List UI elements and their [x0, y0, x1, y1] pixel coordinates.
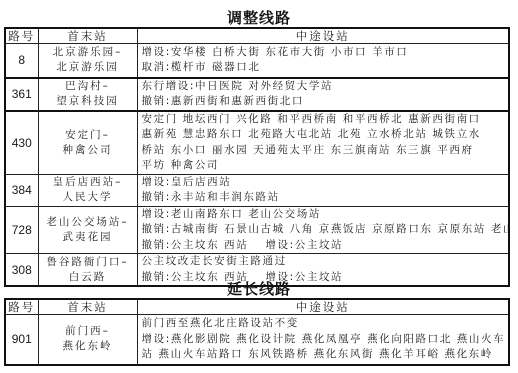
- header-ends: 首末站: [38, 28, 137, 44]
- start-station: 皇后店西站–: [39, 175, 137, 190]
- route-stops: 前门西至燕化北庄路设站不变 增设:燕化影剧院 燕化设计院 燕化凤凰亭 燕化向阳路…: [137, 315, 509, 365]
- stops-line: 桥站 东小口 丽水园 天通苑太平庄 东三旗南站 东三旗 平西府: [142, 143, 509, 159]
- table-row: 901 前门西– 燕化东岭 前门西至燕化北庄路设站不变 增设:燕化影剧院 燕化设…: [5, 315, 509, 365]
- route-number: 361: [5, 78, 38, 111]
- section-title-extended-routes: 延长线路: [0, 278, 518, 299]
- table-row: 361 巴沟村– 望京科技园 东行增设:中日医院 对外经贸大学站 撤销:惠新西街…: [5, 78, 509, 111]
- header-route: 路号: [5, 299, 38, 315]
- section-title-adjusted-routes: 调整线路: [0, 7, 518, 28]
- route-number: 384: [5, 174, 38, 206]
- route-ends: 前门西– 燕化东岭: [38, 315, 137, 365]
- stops-line: 站 燕山火车站路口 东风铁路桥 燕化东风街 燕化羊耳峪 燕化东岭: [142, 347, 509, 363]
- route-number: 728: [5, 206, 38, 254]
- table-row: 430 安定门– 种禽公司 安定门 地坛西门 兴化路 和平西桥南 和平西桥北 惠…: [5, 111, 509, 175]
- stops-line: 撤销:永丰站和丰润东路站: [142, 190, 509, 206]
- stops-line: 撤销:公主坟东 西站 增设:公主坟站: [142, 238, 509, 254]
- start-station: 安定门–: [39, 128, 137, 143]
- table-row: 384 皇后店西站– 人民大学 增设:皇后店西站 撤销:永丰站和丰润东路站: [5, 174, 509, 206]
- route-stops: 安定门 地坛西门 兴化路 和平西桥南 和平西桥北 惠新西街南口 惠新苑 慧忠路东…: [137, 111, 509, 175]
- end-station: 燕化东岭: [39, 339, 137, 354]
- table-row: 728 老山公交场站– 武夷花园 增设:老山南路东口 老山公交场站 撤销:古城南…: [5, 206, 509, 254]
- header-ends: 首末站: [38, 299, 137, 315]
- end-station: 望京科技园: [39, 94, 137, 109]
- stops-line: 安定门 地坛西门 兴化路 和平西桥南 和平西桥北 惠新西街南口: [142, 112, 509, 128]
- route-number: 430: [5, 111, 38, 175]
- adjusted-routes-table: 路号 首末站 中途设站 8 北京游乐园– 北京游乐园 增设:安华楼 白桥大街 东…: [4, 27, 510, 287]
- start-station: 老山公交场站–: [39, 215, 137, 230]
- stops-line: 增设:皇后店西站: [142, 175, 509, 191]
- header-stops: 中途设站: [137, 299, 509, 315]
- header-route: 路号: [5, 28, 38, 44]
- route-ends: 皇后店西站– 人民大学: [38, 174, 137, 206]
- route-ends: 安定门– 种禽公司: [38, 111, 137, 175]
- table-header-row: 路号 首末站 中途设站: [5, 28, 509, 44]
- route-ends: 巴沟村– 望京科技园: [38, 78, 137, 111]
- end-station: 人民大学: [39, 190, 137, 205]
- start-station: 前门西–: [39, 324, 137, 339]
- stops-line: 撤销:古城南街 石景山古城 八角 京燕饭店 京原路口东 京原东站 老山: [142, 222, 509, 238]
- end-station: 北京游乐园: [39, 60, 137, 75]
- stops-line: 惠新苑 慧忠路东口 北苑路大屯北站 北苑 立水桥北站 城铁立水: [142, 127, 509, 143]
- stops-line: 增设:安华楼 白桥大街 东花市大街 小市口 羊市口: [142, 45, 509, 61]
- route-ends: 北京游乐园– 北京游乐园: [38, 44, 137, 78]
- stops-line: 取消:榄杆市 磁器口北: [142, 60, 509, 76]
- route-number: 901: [5, 315, 38, 365]
- start-station: 北京游乐园–: [39, 45, 137, 60]
- start-station: 鲁谷路衙门口–: [39, 255, 137, 270]
- extended-routes-table: 路号 首末站 中途设站 901 前门西– 燕化东岭 前门西至燕化北庄路设站不变 …: [4, 298, 510, 366]
- end-station: 种禽公司: [39, 143, 137, 158]
- stops-line: 增设:燕化影剧院 燕化设计院 燕化凤凰亭 燕化向阳路口北 燕山火车: [142, 332, 509, 348]
- start-station: 巴沟村–: [39, 79, 137, 94]
- route-number: 8: [5, 44, 38, 78]
- stops-line: 平坊 种禽公司: [142, 158, 509, 174]
- stops-line: 东行增设:中日医院 对外经贸大学站: [142, 79, 509, 95]
- table-header-row: 路号 首末站 中途设站: [5, 299, 509, 315]
- stops-line: 前门西至燕化北庄路设站不变: [142, 316, 509, 332]
- header-stops: 中途设站: [137, 28, 509, 44]
- end-station: 武夷花园: [39, 230, 137, 245]
- route-stops: 增设:皇后店西站 撤销:永丰站和丰润东路站: [137, 174, 509, 206]
- stops-line: 公主坟改走长安街主路通过: [142, 254, 509, 270]
- stops-line: 增设:老山南路东口 老山公交场站: [142, 207, 509, 223]
- stops-line: 撤销:惠新西街和惠新西街北口: [142, 94, 509, 110]
- route-stops: 东行增设:中日医院 对外经贸大学站 撤销:惠新西街和惠新西街北口: [137, 78, 509, 111]
- table-row: 8 北京游乐园– 北京游乐园 增设:安华楼 白桥大街 东花市大街 小市口 羊市口…: [5, 44, 509, 78]
- route-stops: 增设:老山南路东口 老山公交场站 撤销:古城南街 石景山古城 八角 京燕饭店 京…: [137, 206, 509, 254]
- route-stops: 增设:安华楼 白桥大街 东花市大街 小市口 羊市口 取消:榄杆市 磁器口北: [137, 44, 509, 78]
- route-ends: 老山公交场站– 武夷花园: [38, 206, 137, 254]
